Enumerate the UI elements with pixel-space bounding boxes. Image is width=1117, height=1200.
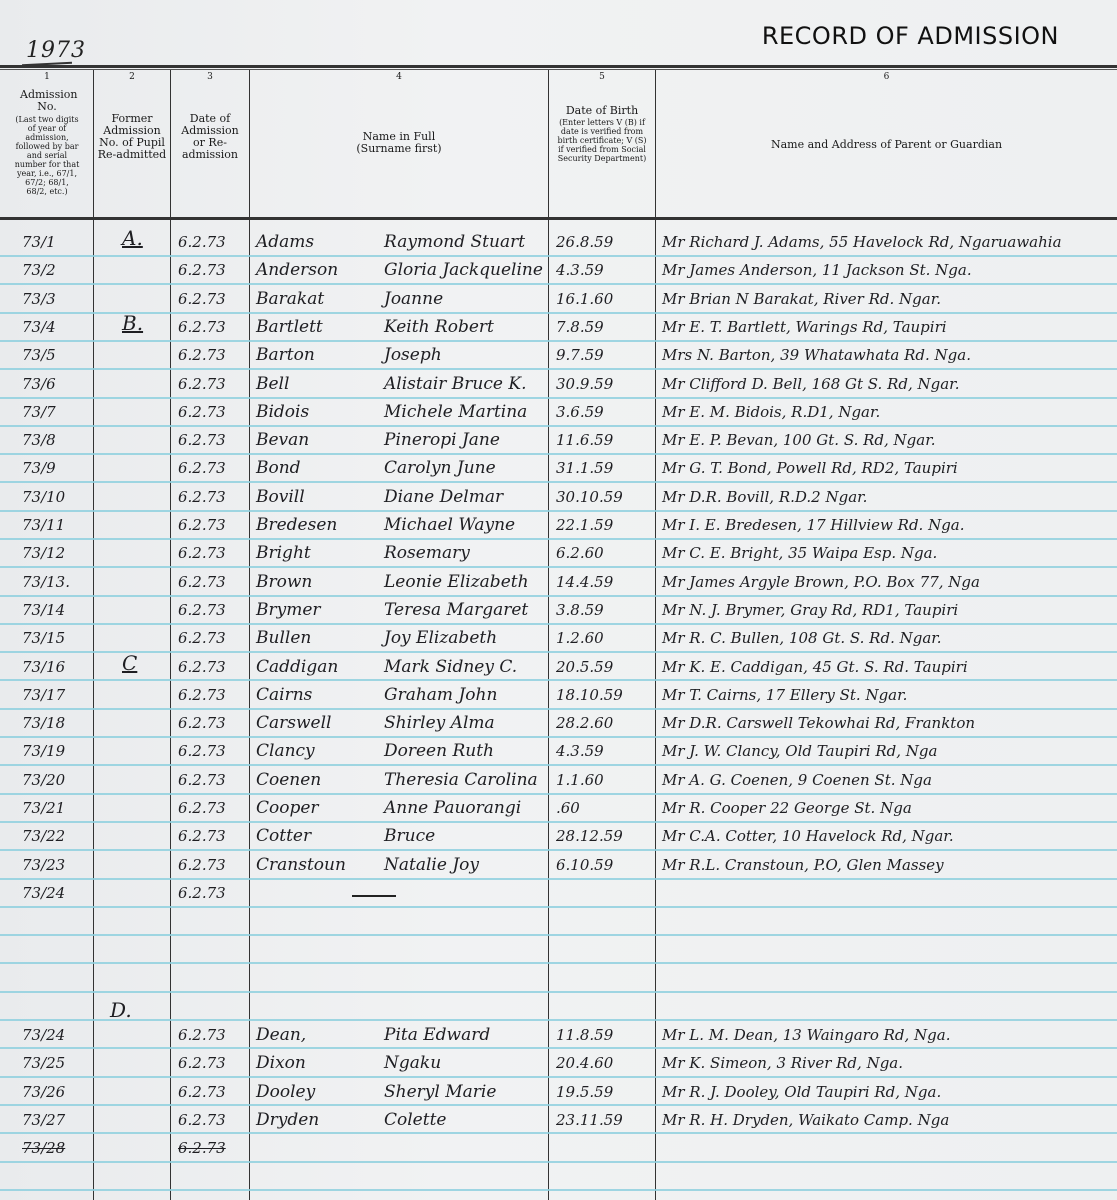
date-of-birth: 30.10.59 (556, 487, 623, 507)
surname: Brymer (256, 600, 321, 620)
given-names: Doreen Ruth (384, 741, 494, 761)
admission-date: 6.2.73 (178, 430, 226, 450)
ruled-line (0, 595, 1117, 597)
date-of-birth: 7.8.59 (556, 317, 604, 337)
given-names: Ngaku (384, 1053, 441, 1073)
admission-date: 6.2.73 (178, 289, 226, 309)
admission-date: 6.2.73 (178, 1138, 226, 1158)
given-names: Anne Pauorangi (384, 798, 521, 818)
col-header-admission-no: 1 Admission No. (Last two digits of year… (2, 72, 92, 217)
admission-number: 73/8 (22, 430, 56, 450)
given-names: Michele Martina (384, 402, 527, 422)
date-of-birth: 26.8.59 (556, 232, 613, 252)
parent-name-address: Mr N. J. Brymer, Gray Rd, RD1, Taupiri (662, 600, 958, 620)
admission-number: 73/17 (22, 685, 65, 705)
given-names: Natalie Joy (384, 855, 479, 875)
given-names: Diane Delmar (384, 487, 503, 507)
parent-name-address: Mr D.R. Bovill, R.D.2 Ngar. (662, 487, 867, 507)
parent-name-address: Mr Richard J. Adams, 55 Havelock Rd, Nga… (662, 232, 1062, 252)
admission-number: 73/18 (22, 713, 65, 733)
ruled-line (0, 764, 1117, 766)
parent-name-address: Mr R. J. Dooley, Old Taupiri Rd, Nga. (662, 1082, 941, 1102)
given-names: Gloria Jackqueline (384, 260, 543, 280)
parent-name-address: Mr R. H. Dryden, Waikato Camp. Nga (662, 1110, 949, 1130)
date-of-birth: 16.1.60 (556, 289, 613, 309)
parent-name-address: Mrs N. Barton, 39 Whatawhata Rd. Nga. (662, 345, 971, 365)
given-names: Joy Elizabeth (384, 628, 497, 648)
surname: Bond (256, 458, 301, 478)
admission-number: 73/28 (22, 1138, 65, 1158)
date-of-birth: .60 (556, 798, 580, 818)
ruled-line (0, 708, 1117, 710)
admission-number: 73/2 (22, 260, 56, 280)
parent-name-address: Mr J. W. Clancy, Old Taupiri Rd, Nga (662, 741, 937, 761)
admission-number: 73/24 (22, 1025, 65, 1045)
admission-number: 73/20 (22, 770, 65, 790)
col-header-parent: 6 Name and Address of Parent or Guardian (656, 72, 1117, 217)
parent-name-address: Mr R.L. Cranstoun, P.O, Glen Massey (662, 855, 944, 875)
admission-number: 73/23 (22, 855, 65, 875)
col-header-former-admission: 2 Former Admission No. of Pupil Re-admit… (94, 72, 170, 217)
admission-number: 73/13. (22, 572, 70, 592)
parent-name-address: Mr G. T. Bond, Powell Rd, RD2, Taupiri (662, 458, 958, 478)
parent-name-address: Mr Brian N Barakat, River Rd. Ngar. (662, 289, 941, 309)
parent-name-address: Mr D.R. Carswell Tekowhai Rd, Frankton (662, 713, 975, 733)
date-of-birth: 3.8.59 (556, 600, 604, 620)
surname: Dixon (256, 1053, 306, 1073)
surname: Dean, (256, 1025, 306, 1045)
date-of-birth: 18.10.59 (556, 685, 623, 705)
surname: Barakat (256, 289, 324, 309)
admission-number: 73/21 (22, 798, 65, 818)
admission-number: 73/19 (22, 741, 65, 761)
surname: Bovill (256, 487, 305, 507)
given-names: Sheryl Marie (384, 1082, 496, 1102)
surname: Dooley (256, 1082, 315, 1102)
date-of-birth: 4.3.59 (556, 741, 604, 761)
given-names: Rosemary (384, 543, 470, 563)
col-header-dob: 5 Date of Birth (Enter letters V (B) if … (549, 72, 655, 217)
surname: Coenen (256, 770, 321, 790)
parent-name-address: Mr K. E. Caddigan, 45 Gt. S. Rd. Taupiri (662, 657, 968, 677)
admission-date: 6.2.73 (178, 260, 226, 280)
parent-name-address: Mr I. E. Bredesen, 17 Hillview Rd. Nga. (662, 515, 965, 535)
header-top-rule (0, 65, 1117, 68)
surname: Brown (256, 572, 312, 592)
ledger-page: 1973 RECORD OF ADMISSION 1 Admission No.… (0, 0, 1117, 1200)
surname: Bidois (256, 402, 309, 422)
parent-name-address: Mr T. Cairns, 17 Ellery St. Ngar. (662, 685, 907, 705)
surname: Carswell (256, 713, 331, 733)
date-of-birth: 3.6.59 (556, 402, 604, 422)
given-names: Colette (384, 1110, 446, 1130)
ruled-line (0, 453, 1117, 455)
given-names: Keith Robert (384, 317, 494, 337)
surname: Bullen (256, 628, 311, 648)
admission-number: 73/26 (22, 1082, 65, 1102)
col-header-date-admission: 3 Date of Admission or Re-admission (171, 72, 249, 217)
col-divider-3 (249, 70, 250, 1200)
admission-number: 73/3 (22, 289, 56, 309)
ruled-line (0, 538, 1117, 540)
date-of-birth: 23.11.59 (556, 1110, 623, 1130)
date-of-birth: 11.8.59 (556, 1025, 613, 1045)
col-divider-1 (93, 70, 94, 1200)
admission-date: 6.2.73 (178, 600, 226, 620)
parent-name-address: Mr James Argyle Brown, P.O. Box 77, Nga (662, 572, 980, 592)
date-of-birth: 19.5.59 (556, 1082, 613, 1102)
ruled-line (0, 651, 1117, 653)
date-of-birth: 28.12.59 (556, 826, 623, 846)
admission-number: 73/7 (22, 402, 56, 422)
admission-number: 73/12 (22, 543, 65, 563)
date-of-birth: 31.1.59 (556, 458, 613, 478)
ruled-line (0, 623, 1117, 625)
header-bottom-rule (0, 217, 1117, 220)
ruled-line (0, 1104, 1117, 1106)
surname: Cranstoun (256, 855, 346, 875)
ruled-line (0, 821, 1117, 823)
given-names: Joseph (384, 345, 442, 365)
parent-name-address: Mr E. P. Bevan, 100 Gt. S. Rd, Ngar. (662, 430, 936, 450)
date-of-birth: 30.9.59 (556, 374, 613, 394)
ruled-line (0, 679, 1117, 681)
date-of-birth: 20.4.60 (556, 1053, 613, 1073)
given-names: Pita Edward (384, 1025, 490, 1045)
ruled-line (0, 1132, 1117, 1134)
surname: Bright (256, 543, 311, 563)
ruled-line (0, 849, 1117, 851)
admission-number: 73/5 (22, 345, 56, 365)
date-of-birth: 14.4.59 (556, 572, 613, 592)
ruled-line (0, 397, 1117, 399)
given-names: Raymond Stuart (384, 232, 525, 252)
ruled-line (0, 1076, 1117, 1078)
surname: Caddigan (256, 657, 338, 677)
ruled-line (0, 312, 1117, 314)
admission-number: 73/22 (22, 826, 65, 846)
date-of-birth: 6.10.59 (556, 855, 613, 875)
admission-date: 6.2.73 (178, 572, 226, 592)
surname: Bredesen (256, 515, 337, 535)
admission-date: 6.2.73 (178, 685, 226, 705)
given-names: Bruce (384, 826, 435, 846)
col-header-name: 4 Name in Full (Surname first) (250, 72, 548, 217)
surname: Barton (256, 345, 315, 365)
former-admission-letter: A. (122, 228, 143, 248)
given-names: Mark Sidney C. (384, 657, 517, 677)
section-letter-d: D. (110, 1000, 132, 1020)
ruled-line (0, 1047, 1117, 1049)
date-of-birth: 28.2.60 (556, 713, 613, 733)
admission-date: 6.2.73 (178, 317, 226, 337)
ruled-line (0, 1161, 1117, 1163)
surname: Dryden (256, 1110, 319, 1130)
ruled-line (0, 878, 1117, 880)
admission-date: 6.2.73 (178, 402, 226, 422)
surname: Cotter (256, 826, 311, 846)
given-names: Shirley Alma (384, 713, 495, 733)
parent-name-address: Mr Clifford D. Bell, 168 Gt S. Rd, Ngar. (662, 374, 959, 394)
admission-date: 6.2.73 (178, 487, 226, 507)
admission-date: 6.2.73 (178, 855, 226, 875)
page-title: RECORD OF ADMISSION (762, 22, 1059, 50)
parent-name-address: Mr R. C. Bullen, 108 Gt. S. Rd. Ngar. (662, 628, 942, 648)
surname: Clancy (256, 741, 315, 761)
parent-name-address: Mr E. M. Bidois, R.D1, Ngar. (662, 402, 880, 422)
parent-name-address: Mr C. E. Bright, 35 Waipa Esp. Nga. (662, 543, 937, 563)
surname: Bevan (256, 430, 309, 450)
surname: Cairns (256, 685, 312, 705)
ruled-line (0, 425, 1117, 427)
ruled-line (0, 340, 1117, 342)
given-names: Joanne (384, 289, 443, 309)
date-of-birth: 1.2.60 (556, 628, 604, 648)
ruled-line (0, 283, 1117, 285)
admission-date: 6.2.73 (178, 826, 226, 846)
ruled-line (0, 566, 1117, 568)
header-top-rule-2 (0, 69, 1117, 70)
date-of-birth: 6.2.60 (556, 543, 604, 563)
ruled-line (0, 1189, 1117, 1191)
admission-number: 73/14 (22, 600, 65, 620)
given-names: Theresia Carolina (384, 770, 538, 790)
admission-date: 6.2.73 (178, 374, 226, 394)
ruled-line (0, 368, 1117, 370)
ruled-line (0, 255, 1117, 257)
admission-date: 6.2.73 (178, 1025, 226, 1045)
admission-date: 6.2.73 (178, 543, 226, 563)
admission-number: 73/27 (22, 1110, 65, 1130)
admission-date: 6.2.73 (178, 883, 226, 903)
admission-date: 6.2.73 (178, 713, 226, 733)
given-names: Teresa Margaret (384, 600, 528, 620)
admission-date: 6.2.73 (178, 741, 226, 761)
col-divider-4 (548, 70, 549, 1200)
given-names: Carolyn June (384, 458, 496, 478)
date-of-birth: 9.7.59 (556, 345, 604, 365)
ruled-line (0, 481, 1117, 483)
given-names: Leonie Elizabeth (384, 572, 529, 592)
admission-date: 6.2.73 (178, 770, 226, 790)
ruled-line (0, 906, 1117, 908)
admission-number: 73/4 (22, 317, 56, 337)
surname: Cooper (256, 798, 319, 818)
date-of-birth: 20.5.59 (556, 657, 613, 677)
parent-name-address: Mr E. T. Bartlett, Warings Rd, Taupiri (662, 317, 947, 337)
admission-number: 73/25 (22, 1053, 65, 1073)
former-admission-letter: C (122, 653, 137, 673)
given-names: Pineropi Jane (384, 430, 500, 450)
blank-dash (352, 895, 396, 897)
surname: Bartlett (256, 317, 323, 337)
admission-date: 6.2.73 (178, 232, 226, 252)
admission-date: 6.2.73 (178, 1110, 226, 1130)
admission-number: 73/9 (22, 458, 56, 478)
col-divider-5 (655, 70, 656, 1200)
admission-number: 73/1 (22, 232, 56, 252)
admission-number: 73/6 (22, 374, 56, 394)
former-admission-letter: B. (122, 313, 143, 333)
surname: Anderson (256, 260, 338, 280)
parent-name-address: Mr C.A. Cotter, 10 Havelock Rd, Ngar. (662, 826, 954, 846)
ruled-line (0, 793, 1117, 795)
surname: Adams (256, 232, 314, 252)
admission-date: 6.2.73 (178, 628, 226, 648)
parent-name-address: Mr K. Simeon, 3 River Rd, Nga. (662, 1053, 903, 1073)
admission-date: 6.2.73 (178, 515, 226, 535)
ruled-line (0, 1019, 1117, 1021)
ruled-line (0, 934, 1117, 936)
parent-name-address: Mr A. G. Coenen, 9 Coenen St. Nga (662, 770, 932, 790)
col-divider-2 (170, 70, 171, 1200)
year-label: 1973 (26, 38, 86, 63)
admission-date: 6.2.73 (178, 1053, 226, 1073)
admission-number: 73/15 (22, 628, 65, 648)
ruled-line (0, 510, 1117, 512)
given-names: Michael Wayne (384, 515, 515, 535)
surname: Bell (256, 374, 289, 394)
ruled-line (0, 962, 1117, 964)
date-of-birth: 22.1.59 (556, 515, 613, 535)
admission-date: 6.2.73 (178, 1082, 226, 1102)
date-of-birth: 1.1.60 (556, 770, 604, 790)
parent-name-address: Mr R. Cooper 22 George St. Nga (662, 798, 912, 818)
admission-date: 6.2.73 (178, 345, 226, 365)
date-of-birth: 11.6.59 (556, 430, 613, 450)
ruled-line (0, 736, 1117, 738)
parent-name-address: Mr L. M. Dean, 13 Waingaro Rd, Nga. (662, 1025, 951, 1045)
date-of-birth: 4.3.59 (556, 260, 604, 280)
admission-number: 73/24 (22, 883, 65, 903)
admission-date: 6.2.73 (178, 458, 226, 478)
given-names: Graham John (384, 685, 497, 705)
admission-number: 73/10 (22, 487, 65, 507)
admission-date: 6.2.73 (178, 657, 226, 677)
admission-number: 73/16 (22, 657, 65, 677)
given-names: Alistair Bruce K. (384, 374, 526, 394)
parent-name-address: Mr James Anderson, 11 Jackson St. Nga. (662, 260, 972, 280)
ruled-line (0, 991, 1117, 993)
admission-number: 73/11 (22, 515, 65, 535)
admission-date: 6.2.73 (178, 798, 226, 818)
